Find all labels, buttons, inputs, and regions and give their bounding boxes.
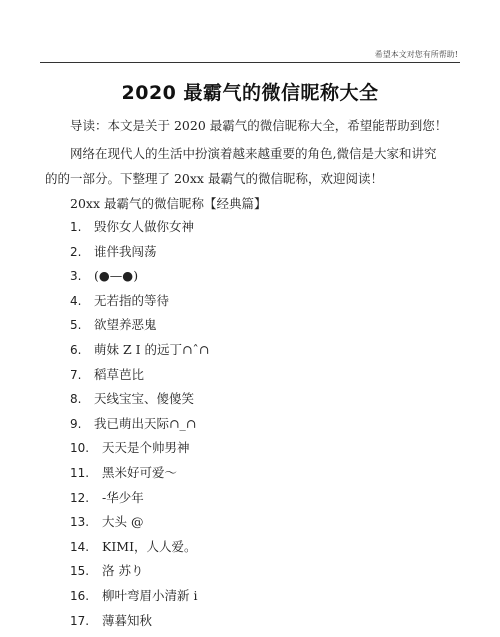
list-item: 16.柳叶弯眉小清新 i <box>70 588 209 613</box>
list-item: 8.天线宝宝、傻傻笑 <box>70 391 209 416</box>
intro-paragraph: 导读：本文是关于 2020 最霸气的微信昵称大全，希望能帮助到您！ <box>70 118 447 134</box>
item-number: 14. <box>70 539 96 564</box>
item-number: 10. <box>70 440 96 465</box>
item-number: 13. <box>70 514 96 539</box>
document-title: 2020 最霸气的微信昵称大全 <box>0 78 500 105</box>
list-item: 1.毁你女人做你女神 <box>70 219 209 244</box>
item-number: 4. <box>70 293 88 318</box>
item-text: 无若指的等待 <box>94 293 169 318</box>
item-text: 大头 @ <box>102 514 143 539</box>
nickname-list: 1.毁你女人做你女神 2.谁伴我闯荡 3.(●—●) 4.无若指的等待 5.欲望… <box>70 219 209 637</box>
item-text: 毁你女人做你女神 <box>94 219 194 244</box>
body-paragraph-line-1: 网络在现代人的生活中扮演着越来越重要的角色,微信是大家和讲究 <box>70 146 436 162</box>
item-text: 天线宝宝、傻傻笑 <box>94 391 194 416</box>
item-text: 柳叶弯眉小清新 i <box>102 588 197 613</box>
list-item: 5.欲望养恶鬼 <box>70 317 209 342</box>
item-number: 9. <box>70 416 88 441</box>
list-item: 6.萌妹 Z I 的远丁∩ˆ∩ <box>70 342 209 367</box>
item-text: (●—●) <box>94 268 138 293</box>
list-item: 2.谁伴我闯荡 <box>70 244 209 269</box>
item-number: 6. <box>70 342 88 367</box>
item-text: -华少年 <box>102 490 144 515</box>
body-paragraph-line-2: 的的一部分。下整理了 20xx 最霸气的微信昵称，欢迎阅读！ <box>45 171 383 187</box>
item-text: 我已萌出天际∩_∩ <box>94 416 196 441</box>
list-item: 12.-华少年 <box>70 490 209 515</box>
item-text: KIMI，人人爱。 <box>102 539 197 564</box>
item-number: 8. <box>70 391 88 416</box>
list-item: 4.无若指的等待 <box>70 293 209 318</box>
item-number: 16. <box>70 588 96 613</box>
item-text: 谁伴我闯荡 <box>94 244 157 269</box>
list-item: 11.黑米好可爱～ <box>70 465 209 490</box>
item-number: 7. <box>70 367 88 392</box>
list-item: 9.我已萌出天际∩_∩ <box>70 416 209 441</box>
section-heading: 20xx 最霸气的微信昵称【经典篇】 <box>70 196 266 212</box>
list-item: 15.洛 苏り <box>70 563 209 588</box>
item-number: 11. <box>70 465 96 490</box>
item-text: 萌妹 Z I 的远丁∩ˆ∩ <box>94 342 209 367</box>
list-item: 3.(●—●) <box>70 268 209 293</box>
list-item: 17.薄暮知秋 <box>70 613 209 637</box>
item-text: 天天是个帅男神 <box>102 440 190 465</box>
item-number: 12. <box>70 490 96 515</box>
item-text: 欲望养恶鬼 <box>94 317 157 342</box>
item-number: 17. <box>70 613 96 637</box>
item-number: 5. <box>70 317 88 342</box>
list-item: 7.稻草芭比 <box>70 367 209 392</box>
item-number: 3. <box>70 268 88 293</box>
item-number: 1. <box>70 219 88 244</box>
item-text: 黑米好可爱～ <box>102 465 177 490</box>
item-number: 15. <box>70 563 96 588</box>
item-text: 洛 苏り <box>102 563 143 588</box>
list-item: 10.天天是个帅男神 <box>70 440 209 465</box>
header-note: 希望本文对您有所帮助! <box>375 49 458 60</box>
item-text: 稻草芭比 <box>94 367 144 392</box>
list-item: 13.大头 @ <box>70 514 209 539</box>
page-header: 希望本文对您有所帮助! <box>40 47 460 63</box>
list-item: 14.KIMI，人人爱。 <box>70 539 209 564</box>
item-text: 薄暮知秋 <box>102 613 152 637</box>
item-number: 2. <box>70 244 88 269</box>
